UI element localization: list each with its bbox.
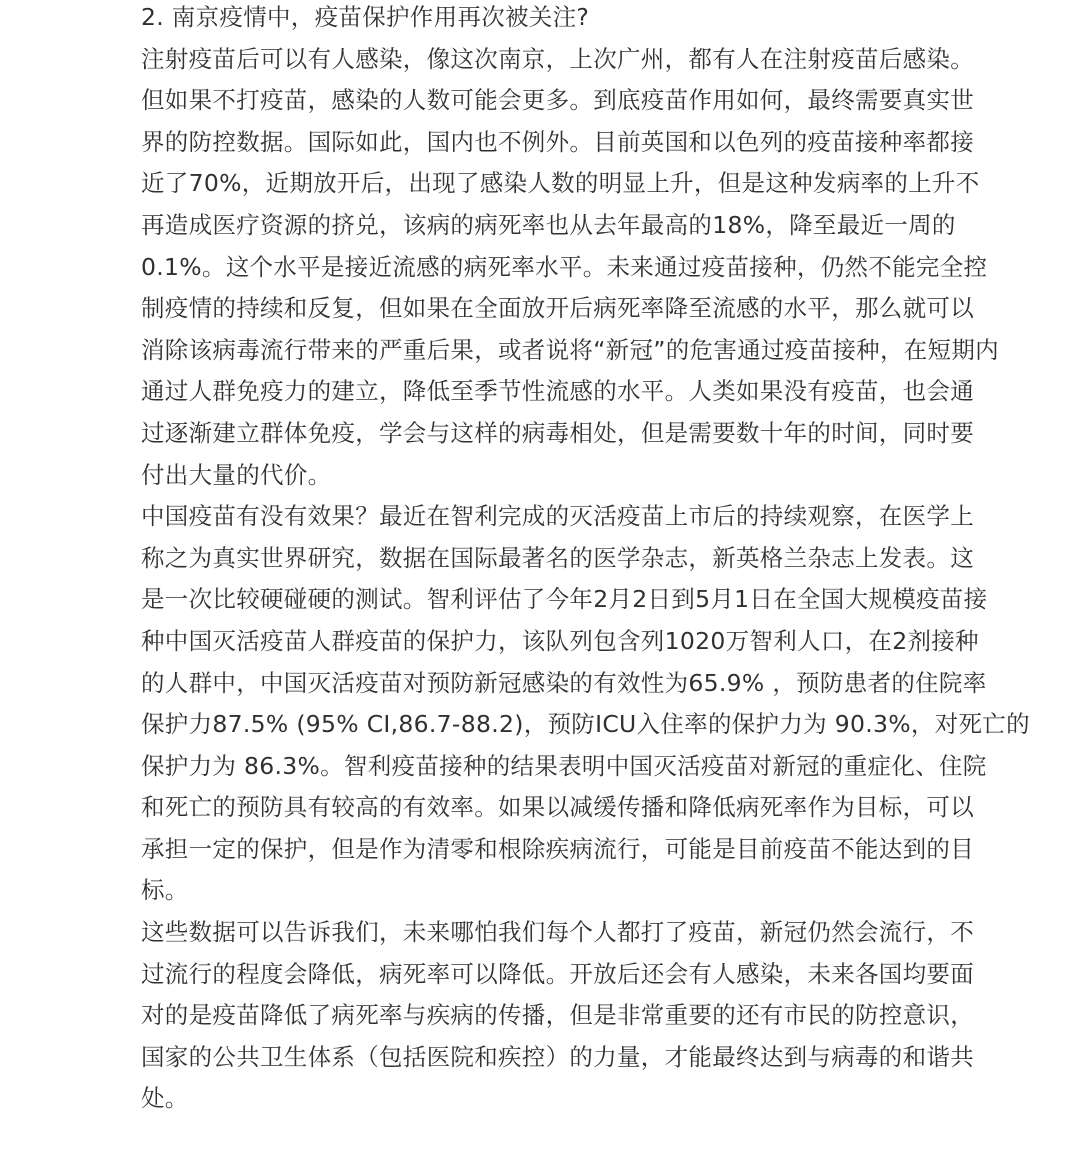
text-line: 和死亡的预防具有较高的有效率。如果以减缓传播和降低病死率作为目标，可以 — [141, 787, 1061, 829]
text-line: 标。 — [141, 870, 1061, 912]
text-line: 注射疫苗后可以有人感染，像这次南京，上次广州，都有人在注射疫苗后感染。 — [141, 39, 1061, 81]
text-line: 中国疫苗有没有效果？最近在智利完成的灭活疫苗上市后的持续观察，在医学上 — [141, 496, 1061, 538]
article-body: 2. 南京疫情中，疫苗保护作用再次被关注? 注射疫苗后可以有人感染，像这次南京，… — [141, 0, 1061, 1120]
text-line: 国家的公共卫生体系（包括医院和疾控）的力量，才能最终达到与病毒的和谐共 — [141, 1037, 1061, 1079]
text-line: 制疫情的持续和反复，但如果在全面放开后病死率降至流感的水平，那么就可以 — [141, 288, 1061, 330]
section-heading: 2. 南京疫情中，疫苗保护作用再次被关注? — [141, 0, 1061, 39]
text-line: 这些数据可以告诉我们，未来哪怕我们每个人都打了疫苗，新冠仍然会流行，不 — [141, 912, 1061, 954]
paragraph-vaccine-protection: 注射疫苗后可以有人感染，像这次南京，上次广州，都有人在注射疫苗后感染。 但如果不… — [141, 39, 1061, 497]
text-line: 近了70%，近期放开后，出现了感染人数的明显上升，但是这种发病率的上升不 — [141, 163, 1061, 205]
text-line: 种中国灭活疫苗人群疫苗的保护力，该队列包含列1020万智利人口，在2剂接种 — [141, 621, 1061, 663]
text-line: 0.1%。这个水平是接近流感的病死率水平。未来通过疫苗接种，仍然不能完全控 — [141, 247, 1061, 289]
text-line: 保护力为 86.3%。智利疫苗接种的结果表明中国灭活疫苗对新冠的重症化、住院 — [141, 746, 1061, 788]
text-line: 但如果不打疫苗，感染的人数可能会更多。到底疫苗作用如何，最终需要真实世 — [141, 80, 1061, 122]
text-line: 对的是疫苗降低了病死率与疾病的传播，但是非常重要的还有市民的防控意识， — [141, 995, 1061, 1037]
text-line: 消除该病毒流行带来的严重后果，或者说将“新冠”的危害通过疫苗接种，在短期内 — [141, 330, 1061, 372]
text-line: 是一次比较硬碰硬的测试。智利评估了今年2月2日到5月1日在全国大规模疫苗接 — [141, 579, 1061, 621]
text-line: 通过人群免疫力的建立，降低至季节性流感的水平。人类如果没有疫苗，也会通 — [141, 371, 1061, 413]
text-line: 保护力87.5% (95% CI,86.7-88.2)，预防ICU入住率的保护力… — [141, 704, 1061, 746]
paragraph-chile-study: 中国疫苗有没有效果？最近在智利完成的灭活疫苗上市后的持续观察，在医学上 称之为真… — [141, 496, 1061, 912]
text-line: 界的防控数据。国际如此，国内也不例外。目前英国和以色列的疫苗接种率都接 — [141, 122, 1061, 164]
text-line: 再造成医疗资源的挤兑，该病的病死率也从去年最高的18%，降至最近一周的 — [141, 205, 1061, 247]
text-line: 付出大量的代价。 — [141, 455, 1061, 497]
text-line: 称之为真实世界研究，数据在国际最著名的医学杂志，新英格兰杂志上发表。这 — [141, 538, 1061, 580]
text-line: 处。 — [141, 1078, 1061, 1120]
text-line: 过流行的程度会降低，病死率可以降低。开放后还会有人感染，未来各国均要面 — [141, 954, 1061, 996]
paragraph-conclusion: 这些数据可以告诉我们，未来哪怕我们每个人都打了疫苗，新冠仍然会流行，不 过流行的… — [141, 912, 1061, 1120]
text-line: 过逐渐建立群体免疫，学会与这样的病毒相处，但是需要数十年的时间，同时要 — [141, 413, 1061, 455]
text-line: 的人群中，中国灭活疫苗对预防新冠感染的有效性为65.9% ，预防患者的住院率 — [141, 663, 1061, 705]
text-line: 承担一定的保护，但是作为清零和根除疾病流行，可能是目前疫苗不能达到的目 — [141, 829, 1061, 871]
